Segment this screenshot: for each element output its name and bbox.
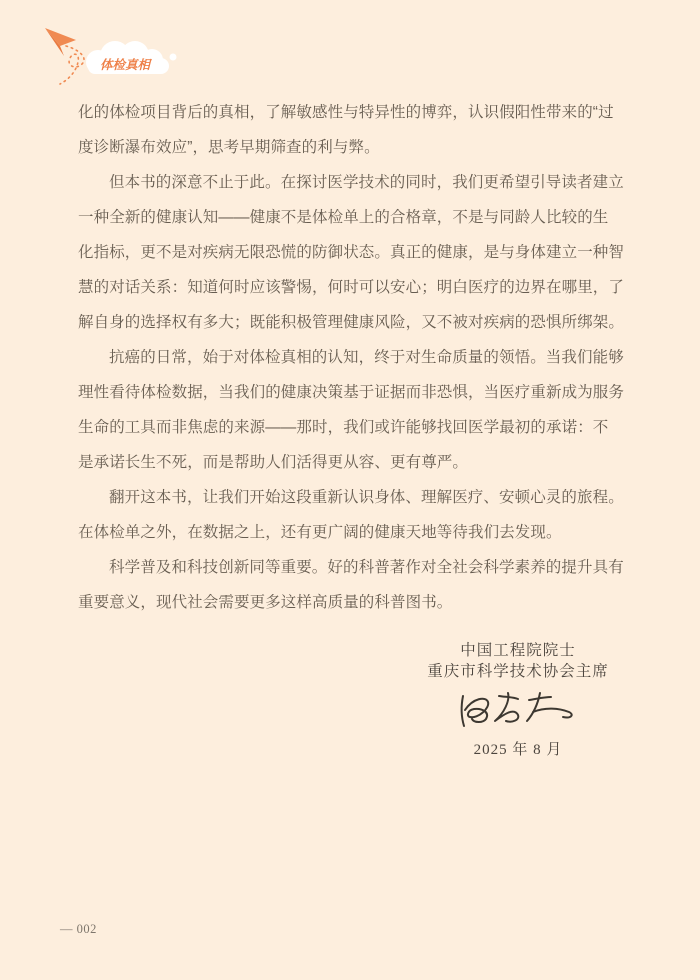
body-line: 化指标，更不是对疾病无限恐慌的防御状态。真正的健康，是与身体建立一种智 <box>78 235 626 270</box>
body-line: 度诊断瀑布效应”，思考早期筛查的利与弊。 <box>78 130 626 165</box>
body-line: 在体检单之外，在数据之上，还有更广阔的健康天地等待我们去发现。 <box>78 515 626 550</box>
body-line: 一种全新的健康认知——健康不是体检单上的合格章，不是与同龄人比较的生 <box>78 200 626 235</box>
body-line: 翻开这本书，让我们开始这段重新认识身体、理解医疗、安顿心灵的旅程。 <box>78 480 626 515</box>
body-line: 重要意义，现代社会需要更多这样高质量的科普图书。 <box>78 585 626 620</box>
signature-block: 中国工程院院士 重庆市科学技术协会主席 2025 年 8 月 <box>368 640 668 760</box>
logo-wordmark: 体检真相 <box>100 58 153 72</box>
body-line: 解自身的选择权有多大；既能积极管理健康风险，又不被对疾病的恐惧所绑架。 <box>78 305 626 340</box>
body-line: 但本书的深意不止于此。在探讨医学技术的同时，我们更希望引导读者建立 <box>78 165 626 200</box>
signature-affiliation-2: 重庆市科学技术协会主席 <box>368 661 668 682</box>
page-number: — 002 <box>60 921 97 937</box>
dotted-trail <box>60 46 84 84</box>
body-line: 是承诺长生不死，而是帮助人们活得更从容、更有尊严。 <box>78 445 626 480</box>
body-line: 化的体检项目背后的真相，了解敏感性与特异性的博弈，认识假阳性带来的“过 <box>78 95 626 130</box>
body-line: 理性看待体检数据，当我们的健康决策基于证据而非恐惧，当医疗重新成为服务 <box>78 375 626 410</box>
signature-date: 2025 年 8 月 <box>368 740 668 760</box>
signature-handwriting-icon <box>455 688 581 736</box>
body-line: 生命的工具而非焦虑的来源——那时，我们或许能够找回医学最初的承诺：不 <box>78 410 626 445</box>
body-text: 化的体检项目背后的真相，了解敏感性与特异性的博弈，认识假阳性带来的“过度诊断瀑布… <box>78 95 626 620</box>
brand-logo: 体检真相 <box>30 20 200 90</box>
paper-airplane-icon <box>45 28 76 56</box>
body-line: 抗癌的日常，始于对体检真相的认知，终于对生命质量的领悟。当我们能够 <box>78 340 626 375</box>
signature-affiliation-1: 中国工程院院士 <box>368 640 668 661</box>
body-line: 科学普及和科技创新同等重要。好的科普著作对全社会科学素养的提升具有 <box>78 550 626 585</box>
book-page: 体检真相 化的体检项目背后的真相，了解敏感性与特异性的博弈，认识假阳性带来的“过… <box>0 0 700 980</box>
body-line: 慧的对话关系：知道何时应该警惕，何时可以安心；明白医疗的边界在哪里，了 <box>78 270 626 305</box>
